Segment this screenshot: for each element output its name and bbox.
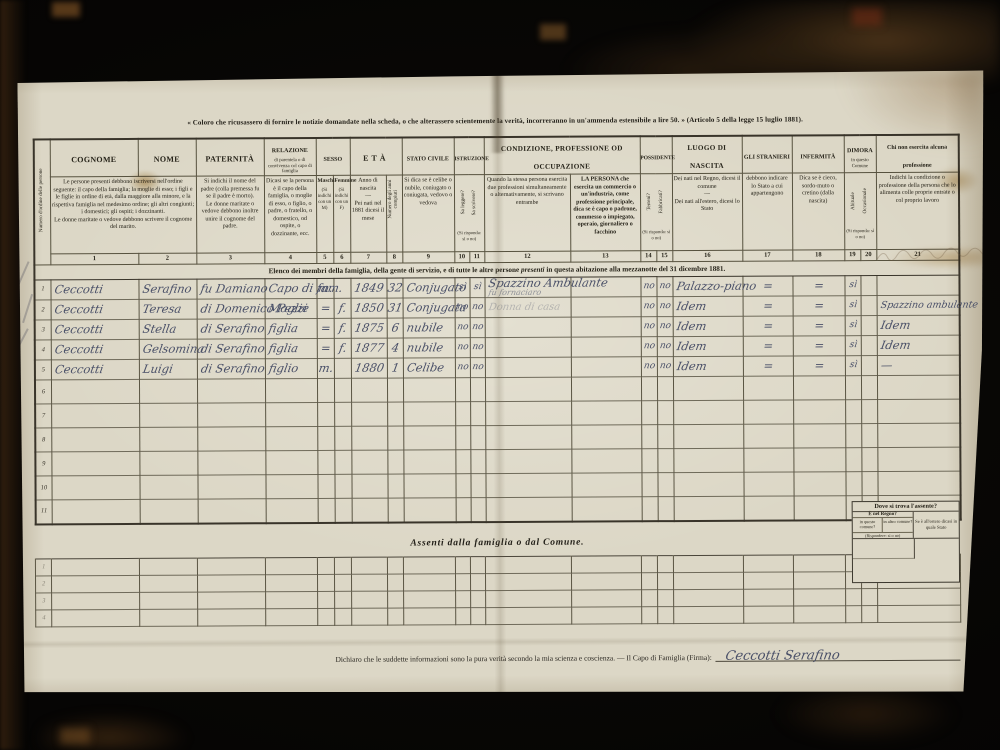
cell-paternita xyxy=(197,575,265,592)
cell-fab xyxy=(657,556,673,573)
cell-paternita: di Serafino xyxy=(197,359,265,379)
cell-m xyxy=(317,574,334,591)
cell-nanni: 31 xyxy=(387,298,403,318)
desc-cognome-nome: Le persone presenti debbono iscriversi n… xyxy=(50,176,196,254)
cell-ter: no xyxy=(641,357,657,377)
cell-cond12 xyxy=(485,450,571,474)
cell-stato xyxy=(403,557,455,574)
column-number: 5 xyxy=(316,252,333,263)
cell-stran: = xyxy=(743,316,793,336)
cell-abit: sì xyxy=(844,276,860,297)
desc-paternita: Si indichi il nome del padre (colla prem… xyxy=(196,176,264,253)
cell-chinon: Idem xyxy=(877,336,960,356)
cell-relazione xyxy=(265,451,317,475)
background-smudge xyxy=(60,728,90,744)
cell-nome xyxy=(139,428,197,452)
header-dimora: DIMORAin questo Comune xyxy=(844,135,876,173)
cell-relazione xyxy=(266,608,318,625)
header-sesso: SESSO xyxy=(316,138,350,176)
cell-stran xyxy=(744,589,794,606)
cell-nome xyxy=(139,452,197,476)
cell-f xyxy=(334,475,351,499)
cell-luogo: Idem xyxy=(673,297,743,317)
cell-scr xyxy=(471,608,486,625)
desc-luogo-nascita: Dei nati nel Regno, dicesi il comune — D… xyxy=(672,173,742,250)
cell-anno xyxy=(352,499,388,523)
cell-nome xyxy=(139,404,197,428)
cell-scr xyxy=(470,426,485,450)
cell-chinon xyxy=(878,605,961,622)
background-smudge xyxy=(852,8,882,26)
cell-cond13 xyxy=(572,473,642,497)
cell-nanni: 4 xyxy=(387,338,403,358)
cell-f: f. xyxy=(334,299,351,319)
cell-luogo xyxy=(674,473,744,497)
cell-paternita xyxy=(197,558,265,575)
column-number: 10 xyxy=(454,252,469,263)
cell-ter xyxy=(642,590,658,607)
cell-stran xyxy=(743,376,793,400)
cell-m: m. xyxy=(317,359,334,379)
cell-inf: = xyxy=(793,336,845,356)
cell-stato xyxy=(403,474,455,498)
head-of-family-signature: Ceccotti Serafino xyxy=(714,648,841,664)
cell-inf xyxy=(793,572,845,589)
cell-ter xyxy=(642,607,658,624)
cell-paternita xyxy=(197,427,265,451)
cell-relazione: figlia xyxy=(265,339,317,359)
cell-ter xyxy=(642,473,658,497)
cell-relazione: figlio xyxy=(265,359,317,379)
cell-stato: nubile xyxy=(403,338,455,358)
cell-m xyxy=(317,451,334,475)
cell-nanni xyxy=(388,608,404,625)
absent-members-table: 1234 xyxy=(35,554,961,628)
header-eta: ETÀ xyxy=(350,138,402,176)
cell-scr: sì xyxy=(469,278,484,299)
cell-num: 5 xyxy=(35,360,51,380)
cell-cond12 xyxy=(485,426,571,450)
cell-nome xyxy=(139,558,197,575)
background-smudge xyxy=(540,24,566,40)
cell-num: 9 xyxy=(35,452,51,476)
cell-scr xyxy=(470,474,485,498)
cell-nanni: 1 xyxy=(387,358,403,378)
cell-cond13 xyxy=(571,317,641,337)
cell-cond13 xyxy=(571,357,641,377)
cell-inf xyxy=(793,424,845,448)
cell-inf xyxy=(794,606,846,623)
cell-abit xyxy=(846,606,862,623)
cell-inf xyxy=(794,496,846,520)
cell-stato xyxy=(403,402,455,426)
cell-paternita: fu Damiano xyxy=(196,279,264,300)
cell-stran xyxy=(744,496,794,520)
cell-anno: 1849 xyxy=(350,278,386,299)
cell-luogo xyxy=(673,377,743,401)
cell-nome: Stella xyxy=(139,320,197,340)
cell-anno xyxy=(352,608,388,625)
cell-chinon xyxy=(877,400,960,424)
column-number: 1 xyxy=(50,253,138,264)
cell-relazione xyxy=(266,499,318,523)
background-smudge xyxy=(40,690,270,750)
cell-scr xyxy=(470,450,485,474)
cell-relazione xyxy=(265,427,317,451)
cell-inf: = xyxy=(793,296,845,316)
cell-cond12 xyxy=(485,402,571,426)
cell-m xyxy=(318,591,335,608)
cell-cond12 xyxy=(486,607,572,624)
cell-fab xyxy=(658,607,674,624)
cell-cond13 xyxy=(571,377,641,401)
cell-fab xyxy=(657,573,673,590)
cell-stran xyxy=(743,555,793,572)
in-questo-comune-label: in questo comune? xyxy=(853,518,883,532)
cell-chinon xyxy=(878,472,961,496)
cell-stran xyxy=(744,472,794,496)
cell-fab: no xyxy=(657,297,673,317)
absent-location-box: Dove si trova l'assente? È nel Regno? in… xyxy=(852,501,960,584)
cell-num: 3 xyxy=(35,320,51,340)
cell-paternita xyxy=(197,451,265,475)
cell-cognome xyxy=(52,592,140,609)
cell-stran: = xyxy=(743,356,793,376)
cell-cond13 xyxy=(571,401,641,425)
cell-paternita: di Domenico Pezzi xyxy=(197,299,265,319)
cell-m xyxy=(317,403,334,427)
column-number: 13 xyxy=(570,251,640,262)
cell-relazione: figlia xyxy=(265,319,317,339)
desc-stato-civile: Si dica se è celibe o nubile, coniugato … xyxy=(402,175,454,252)
cell-stato xyxy=(403,426,455,450)
cell-cond12 xyxy=(485,358,571,378)
column-number: 2 xyxy=(138,253,196,264)
cell-fab: no xyxy=(656,277,672,298)
column-number: 11 xyxy=(469,252,484,263)
cell-leg xyxy=(455,450,470,474)
cell-inf xyxy=(793,448,845,472)
table-row: 4 xyxy=(36,605,961,627)
cell-nanni xyxy=(387,378,403,402)
cell-stran: = xyxy=(743,296,793,316)
cell-occ xyxy=(861,376,877,400)
cell-inf: = xyxy=(792,276,844,297)
cell-relazione xyxy=(265,557,317,574)
cell-chinon: — xyxy=(877,356,960,376)
cell-f xyxy=(334,451,351,475)
column-number: 14 xyxy=(640,251,656,262)
cell-ter: no xyxy=(641,317,657,337)
cell-abit: sì xyxy=(845,296,861,316)
cell-m xyxy=(318,499,335,523)
header-stato-civile: STATO CIVILE xyxy=(402,137,454,175)
header-condizione: CONDIZIONE, PROFESSIONE OD OCCUPAZIONE xyxy=(484,136,640,174)
cell-cond12 xyxy=(485,556,571,573)
declaration-line: Dichiaro che le suddette informazioni so… xyxy=(335,645,960,664)
cell-f xyxy=(334,379,351,403)
cell-occ xyxy=(861,400,877,424)
respond-note: (Rispondere: sì o no) xyxy=(853,532,913,538)
cell-inf xyxy=(793,400,845,424)
cell-m: = xyxy=(317,319,334,339)
cell-nome xyxy=(140,609,198,626)
in-altro-comune-label: in altro comune? xyxy=(883,518,912,532)
cell-chinon xyxy=(878,588,961,605)
cell-fab xyxy=(657,425,673,449)
cell-num: 2 xyxy=(35,300,51,320)
column-number: 20 xyxy=(860,250,876,261)
cell-m xyxy=(317,427,334,451)
cell-cond12: Donna di casa xyxy=(485,298,571,318)
cell-paternita xyxy=(198,499,266,523)
cell-chinon xyxy=(877,275,960,296)
cell-leg: no xyxy=(455,338,470,358)
cell-scr: no xyxy=(470,318,485,338)
cell-ter: no xyxy=(641,337,657,357)
estero-label: Se è all'estero dicasi in quale Stato xyxy=(913,512,958,538)
cell-cond13 xyxy=(571,297,641,317)
absent-section-title: Assenti dalla famiglia o dal Comune. xyxy=(35,536,960,551)
declaration-text: Dichiaro che le suddette informazioni so… xyxy=(335,653,711,664)
column-number: 4 xyxy=(264,252,316,263)
cell-paternita xyxy=(198,592,266,609)
cell-paternita xyxy=(197,475,265,499)
column-number: 8 xyxy=(386,252,402,263)
cell-anno: 1875 xyxy=(351,319,387,339)
cell-leg xyxy=(455,474,470,498)
cell-nanni xyxy=(387,474,403,498)
header-chi-non-esercita: Chi non esercita alcuna professione xyxy=(876,135,959,173)
cell-luogo: Palazzo-piano xyxy=(672,276,742,297)
cell-occ xyxy=(861,424,877,448)
cell-chinon xyxy=(877,424,960,448)
cell-scr xyxy=(470,402,485,426)
cell-cond13 xyxy=(571,573,641,590)
family-members-table: Numero d'ordine delle persone COGNOME NO… xyxy=(33,134,962,526)
cell-f xyxy=(334,574,351,591)
cell-nome xyxy=(139,380,197,404)
cell-nome: Serafino xyxy=(138,279,196,300)
cell-cognome: Ceccotti xyxy=(51,340,139,360)
cell-fab xyxy=(658,473,674,497)
cell-luogo xyxy=(673,572,743,589)
cell-nanni xyxy=(388,591,404,608)
cell-cond13 xyxy=(571,425,641,449)
cell-abit xyxy=(845,448,861,472)
cell-leg: no xyxy=(455,318,470,338)
cell-fab xyxy=(657,449,673,473)
cell-nome: Gelsomina xyxy=(139,340,197,360)
absent-location-title: Dove si trova l'assente? xyxy=(853,502,959,513)
desc-istruzione: Sa leggere?Sa scrivere? (Si risponda: sì… xyxy=(454,175,484,252)
cell-scr xyxy=(470,378,485,402)
cell-m xyxy=(318,608,335,625)
cell-abit xyxy=(845,400,861,424)
header-possidente: POSSIDENTE xyxy=(640,136,672,174)
column-number: 16 xyxy=(672,250,742,261)
header-nome: NOME xyxy=(138,139,196,177)
cell-stato: Conjugata xyxy=(403,298,455,318)
pencil-mark xyxy=(17,261,29,286)
cell-cognome xyxy=(51,558,139,575)
cell-relazione xyxy=(266,591,318,608)
legal-notice: « Coloro che ricusassero di fornire le n… xyxy=(33,115,958,128)
cell-m xyxy=(317,475,334,499)
cell-cognome: Ceccotti xyxy=(50,279,138,300)
cell-nome xyxy=(140,500,198,524)
cell-relazione: Capo di fam. xyxy=(264,278,316,299)
cell-num: 6 xyxy=(35,380,51,404)
cell-occ xyxy=(861,296,877,316)
cell-scr: no xyxy=(470,338,485,358)
cell-cond12 xyxy=(486,590,572,607)
table-row: 11 xyxy=(36,496,961,525)
cell-luogo xyxy=(673,401,743,425)
cell-anno xyxy=(351,557,387,574)
cell-f xyxy=(334,557,351,574)
cell-cond12 xyxy=(486,474,572,498)
header-istruzione: ISTRUZIONE xyxy=(454,137,484,175)
desc-chi-non-esercita: Indichi la condizione o professione dell… xyxy=(876,172,959,249)
cell-inf xyxy=(794,472,846,496)
cell-fab: no xyxy=(657,357,673,377)
column-number: 17 xyxy=(742,250,792,261)
cell-cognome xyxy=(51,476,139,500)
cell-chinon xyxy=(877,448,960,472)
cell-abit xyxy=(846,589,862,606)
cell-relazione xyxy=(265,475,317,499)
absent-location-blank-rows xyxy=(853,539,959,578)
cell-num: 1 xyxy=(34,280,50,301)
desc-infermita: Dica se è cieco, sordo-muto o cretino (d… xyxy=(792,173,844,250)
cell-scr xyxy=(470,557,485,574)
cell-f xyxy=(334,403,351,427)
header-paternita: PATERNITÀ xyxy=(196,138,264,176)
cell-inf: = xyxy=(793,316,845,336)
cell-occ xyxy=(862,589,878,606)
cell-stran: = xyxy=(743,336,793,356)
cell-ter xyxy=(641,556,657,573)
cell-chinon xyxy=(877,376,960,400)
cell-relazione xyxy=(265,379,317,403)
cell-cond12 xyxy=(486,498,572,522)
photographed-document: « Coloro che ricusassero di fornire le n… xyxy=(0,0,1000,750)
cell-chinon: Idem xyxy=(877,316,960,336)
cell-nome: Teresa xyxy=(139,300,197,320)
cell-nome xyxy=(139,476,197,500)
cell-relazione xyxy=(265,574,317,591)
cell-cond13 xyxy=(571,556,641,573)
cell-cognome xyxy=(52,575,140,592)
cell-cognome xyxy=(51,428,139,452)
background-smudge xyxy=(52,2,80,17)
header-luogo-nascita: LUOGO DI NASCITA xyxy=(672,136,742,174)
cell-paternita xyxy=(197,379,265,403)
cell-leg xyxy=(456,591,471,608)
census-form-sheet: « Coloro che ricusassero di fornire le n… xyxy=(17,70,986,696)
cell-nanni xyxy=(387,426,403,450)
desc-stranieri: debbono indicare lo Stato a cui apparten… xyxy=(742,173,792,250)
cell-cognome: Ceccotti xyxy=(51,300,139,320)
subtitle-emphasis: presenti xyxy=(521,266,545,274)
cell-stato xyxy=(403,574,455,591)
cell-occ xyxy=(861,448,877,472)
cell-ter xyxy=(641,449,657,473)
cell-fab: no xyxy=(657,317,673,337)
cell-leg xyxy=(455,402,470,426)
cell-chinon: Spazzino ambulante xyxy=(877,296,960,316)
cell-stran xyxy=(743,572,793,589)
cell-f xyxy=(335,591,352,608)
desc-condizione-13: LA PERSONA che esercita un commercio o u… xyxy=(570,174,640,251)
cell-nanni xyxy=(387,574,403,591)
cell-luogo xyxy=(673,425,743,449)
cell-abit xyxy=(846,472,862,496)
cell-occ xyxy=(861,356,877,376)
cell-stran xyxy=(743,448,793,472)
cell-num: 4 xyxy=(35,340,51,360)
cell-cond13 xyxy=(572,497,642,521)
cell-inf xyxy=(793,376,845,400)
cell-nanni xyxy=(387,450,403,474)
cell-fab xyxy=(658,497,674,521)
column-number: 6 xyxy=(333,252,350,263)
cell-stato xyxy=(404,498,456,522)
cell-cognome: Ceccotti xyxy=(51,320,139,340)
cell-stato: Conjugato xyxy=(402,278,454,299)
pencil-mark xyxy=(22,294,33,323)
desc-femmine: Femmine(Si indichi con un F) xyxy=(333,175,350,252)
cell-leg xyxy=(456,498,471,522)
cell-abit: sì xyxy=(845,356,861,376)
cell-nanni xyxy=(387,557,403,574)
cell-num: 7 xyxy=(35,404,51,428)
cell-leg xyxy=(455,557,470,574)
cell-f xyxy=(335,499,352,523)
cell-nome xyxy=(139,575,197,592)
desc-condizione-12: Quando la stessa persona esercita due pr… xyxy=(484,174,570,251)
cell-occ xyxy=(861,336,877,356)
cell-anno xyxy=(352,591,388,608)
cell-f xyxy=(334,427,351,451)
cell-stato xyxy=(403,378,455,402)
cell-anno: 1877 xyxy=(351,339,387,359)
cell-cond13 xyxy=(571,337,641,357)
cell-scr: no xyxy=(470,358,485,378)
cell-cognome xyxy=(52,500,140,524)
header-infermita: INFERMITÀ xyxy=(792,135,844,173)
cell-f xyxy=(334,359,351,379)
desc-anni-compiuti: Numero degli anni compiuti xyxy=(386,175,402,252)
cell-inf: = xyxy=(793,356,845,376)
cell-occ xyxy=(862,472,878,496)
cell-anno xyxy=(351,403,387,427)
cell-cond13 xyxy=(571,449,641,473)
cell-leg: no xyxy=(455,358,470,378)
cell-nanni: 6 xyxy=(387,318,403,338)
cell-cond12 xyxy=(485,338,571,358)
cell-stato xyxy=(403,450,455,474)
header-stranieri: GLI STRANIERI xyxy=(742,135,792,173)
cell-num: 10 xyxy=(35,476,51,500)
cell-stato xyxy=(404,608,456,625)
cell-cognome: Ceccotti xyxy=(51,360,139,380)
cell-luogo: Idem xyxy=(673,317,743,337)
desc-possidente: Terreni?Fabbricati? (Si risponda: sì o n… xyxy=(640,174,672,251)
column-number: 18 xyxy=(792,250,844,261)
cell-inf xyxy=(793,555,845,572)
